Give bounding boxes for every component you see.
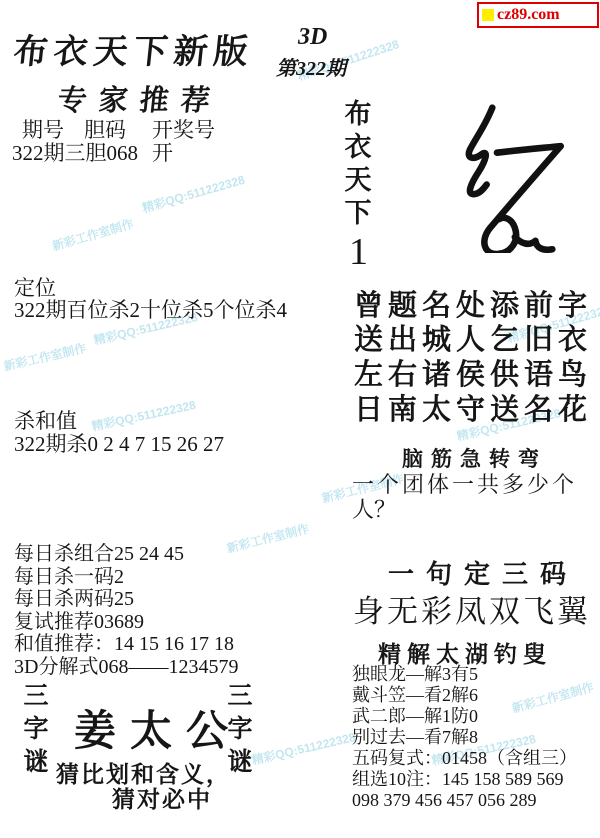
yellow-square-icon	[482, 9, 494, 21]
page-title: 布衣天下新版	[11, 24, 256, 73]
handwritten-hong-glyph	[402, 103, 592, 253]
daily-kill-line: 每日杀组合25 24 45	[14, 543, 238, 566]
shahezhi-line: 322期杀0 2 4 7 15 26 27	[14, 428, 224, 458]
watermark: 新彩工作室制作	[2, 339, 88, 374]
taihu-group-line1: 组选10注：145 158 589 569	[352, 769, 577, 790]
riddle-side-label-left: 三字谜	[20, 680, 52, 779]
one-sentence-text: 身无彩凤双飞翼	[353, 586, 591, 631]
dingwei-line: 322期百位杀2十位杀5个位杀4	[14, 294, 287, 324]
taihu-line: 戴斗笠—看2解6	[352, 685, 577, 706]
daily-kill-block: 每日杀组合25 24 45 每日杀一码2 每日杀两码25 复试推荐03689 和…	[14, 543, 238, 678]
table-row-open: 开	[152, 137, 173, 167]
daily-kill-line: 每日杀一码2	[14, 566, 238, 589]
expert-recommend-title: 专家推荐	[56, 78, 224, 119]
game-type-label: 3D	[298, 24, 327, 51]
daily-kill-line: 每日杀两码25	[14, 588, 238, 611]
riddle-name: 姜太公	[74, 698, 242, 758]
issue-number: 第322期	[276, 52, 346, 81]
daily-kill-line: 和值推荐：14 15 16 17 18	[14, 633, 238, 656]
watermark: 精彩QQ:511222328	[140, 171, 247, 217]
watermark: 新彩工作室制作	[50, 215, 135, 254]
poem-line-4: 日南太守送名花	[354, 387, 592, 428]
brain-teaser-question-line2: 人？	[352, 493, 396, 524]
watermark: 精彩QQ:511222328	[250, 728, 357, 768]
vertical-title: 布衣天下	[342, 98, 374, 230]
table-row-danma: 322期三胆068	[12, 137, 138, 167]
site-banner[interactable]: cz89.com	[477, 2, 599, 28]
taihu-line: 武二郎—解1防0	[352, 706, 577, 727]
taihu-line: 别过去—看7解8	[352, 727, 577, 748]
taihu-five-code: 五码复式：01458（含组三）	[352, 748, 577, 769]
daily-kill-line: 3D分解式068——1234579	[14, 656, 238, 679]
site-url[interactable]: cz89.com	[497, 6, 560, 24]
daily-kill-line: 复试推荐03689	[14, 611, 238, 634]
taihu-group-line2: 098 379 456 457 056 289	[352, 790, 577, 811]
taihu-line: 独眼龙—解3有5	[352, 664, 577, 685]
riddle-hint-2: 猜对必中	[112, 781, 212, 814]
taihu-block: 独眼龙—解3有5 戴斗笠—看2解6 武二郎—解1防0 别过去—看7解8 五码复式…	[352, 664, 577, 811]
vertical-title-number: 1	[349, 230, 368, 274]
